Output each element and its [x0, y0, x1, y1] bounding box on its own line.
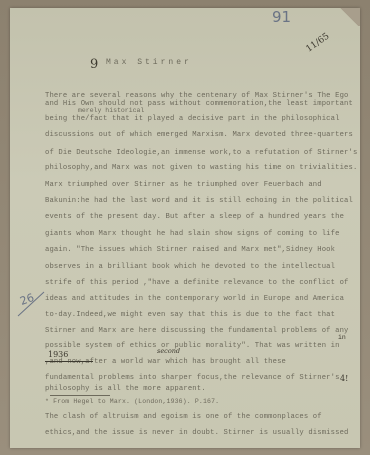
text-line: Marx triumphed over Stirner as he triump… — [45, 181, 322, 189]
text-line: ethics,and the issue is never in doubt. … — [45, 429, 349, 437]
folded-corner — [338, 8, 360, 26]
text-line: events of the present day. But after a s… — [45, 213, 344, 221]
text-line: being the/fact that it played a decisive… — [45, 115, 340, 123]
text-line: giants whom Marx thought he had slain sh… — [45, 230, 340, 238]
insertion-second: second — [157, 347, 180, 355]
insertion-in: in — [338, 334, 346, 341]
right-margin-mark: 4! — [340, 374, 348, 383]
text-line: ,and now,after a world war which has bro… — [45, 358, 286, 366]
text-line: to-day.Indeed,we might even say that thi… — [45, 311, 335, 319]
text-line: of Die Deutsche Ideologie,an immense wor… — [45, 149, 357, 157]
footnote: * From Hegel to Marx. (London,1936). P.1… — [45, 398, 219, 405]
text-line: and His Own should not pass without comm… — [45, 100, 353, 108]
text-line: There are several reasons why the centen… — [45, 92, 349, 100]
text-line: philosophy is all the more apparent. — [45, 385, 206, 393]
margin-stroke-icon — [16, 288, 46, 318]
text-line: philosophy,and Marx was not given to was… — [45, 164, 357, 172]
strikeout-mark — [45, 361, 93, 362]
text-line: The clash of altruism and egoism is one … — [45, 413, 322, 421]
text-line: ideas and attitudes in the contemporary … — [45, 295, 344, 303]
text-line: discussions out of which emerged Marxism… — [45, 131, 353, 139]
text-line: strife of this period ,"have a definite … — [45, 279, 349, 287]
footnote-rule — [50, 395, 110, 396]
handwritten-page-number: 91 — [272, 8, 291, 26]
typescript-page — [10, 8, 360, 448]
text-line: again. "The issues which Stirner raised … — [45, 246, 335, 254]
text-line: Stirner and Marx are here discussing the… — [45, 327, 349, 335]
insertion-merely-historical: merely historical — [78, 107, 144, 114]
page-title: Max Stirner — [106, 58, 192, 67]
text-line: observes in a brilliant book which he de… — [45, 263, 335, 271]
text-line: Bakunin:he had the last word and it is s… — [45, 197, 353, 205]
title-number: 9 — [90, 57, 98, 72]
text-line: fundamental problems into sharper focus,… — [45, 374, 340, 382]
text-line: possible system of ethics or public mora… — [45, 342, 340, 350]
